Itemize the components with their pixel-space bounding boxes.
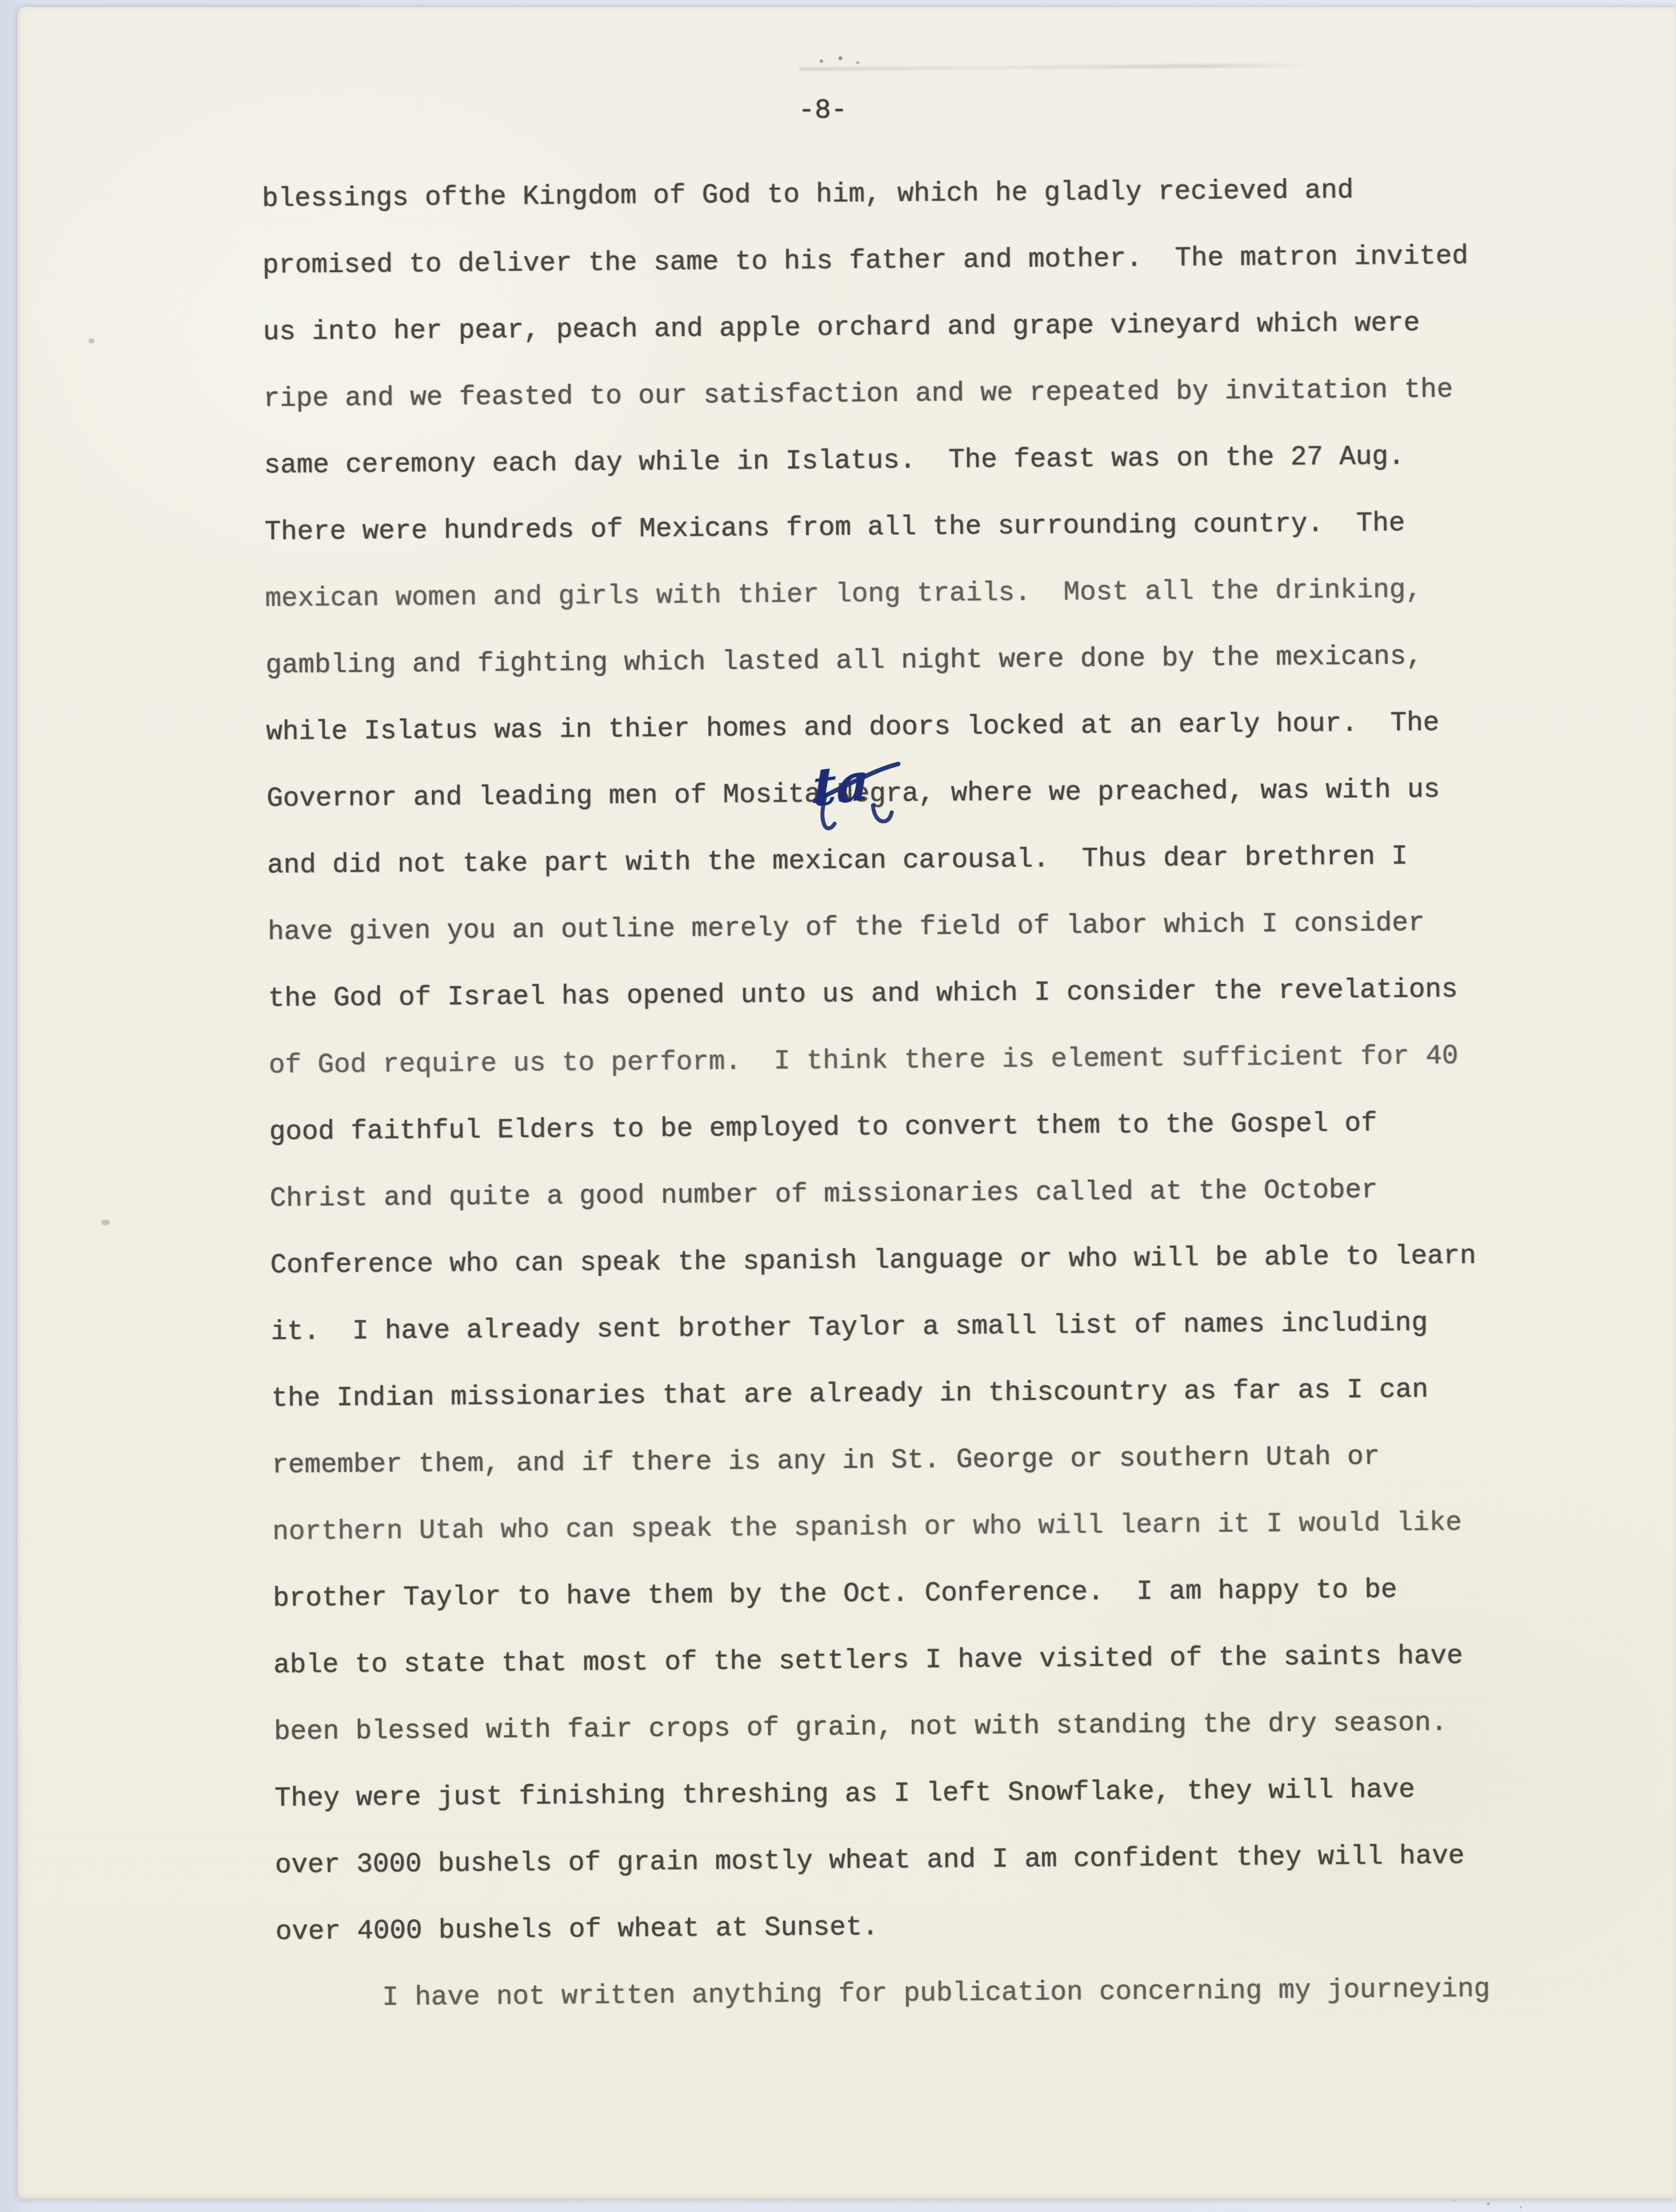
scanner-debris-speck <box>1453 2200 1455 2202</box>
document-page: -8- blessings ofthe Kingdom of God to hi… <box>17 7 1676 2199</box>
page-number: -8- <box>798 95 848 126</box>
typed-line: same ceremony each day while in Islatus.… <box>264 422 1548 499</box>
typed-line: Conference who can speak the spanish lan… <box>270 1222 1554 1299</box>
typed-line: over 3000 bushels of grain mostly wheat … <box>275 1822 1559 1898</box>
scanner-background: { "document": { "page_number": "-8-", "l… <box>0 0 1676 2212</box>
typed-line: blessings ofthe Kingdom of God to him, w… <box>262 156 1546 232</box>
typed-line: us into her pear, peach and apple orchar… <box>263 289 1547 365</box>
ink-dot <box>856 61 859 64</box>
typed-line: have given you an outline merely of the … <box>268 889 1552 965</box>
typed-line: They were just finishing threshing as I … <box>274 1755 1558 1832</box>
typed-line: over 4000 bushels of wheat at Sunset. <box>275 1889 1559 1965</box>
paper-smudge <box>101 1220 110 1225</box>
typed-line: Christ and quite a good number of missio… <box>270 1155 1554 1232</box>
typed-line: northern Utah who can speak the spanish … <box>272 1489 1556 1565</box>
typed-line: good faithful Elders to be employed to c… <box>269 1089 1553 1165</box>
typed-line: remember them, and if there is any in St… <box>272 1422 1556 1499</box>
typed-line: I have not written anything for publicat… <box>276 1955 1560 2032</box>
typed-line: been blessed with fair crops of grain, n… <box>273 1689 1558 1765</box>
typed-line: able to state that most of the settlers … <box>273 1622 1557 1698</box>
typed-line: promised to deliver the same to his fath… <box>262 222 1546 299</box>
typed-line: of God require us to perform. I think th… <box>269 1022 1553 1099</box>
page-content: -8- blessings ofthe Kingdom of God to hi… <box>9 0 1676 2206</box>
typed-line: gambling and fighting which lasted all n… <box>265 622 1549 699</box>
ink-dot <box>819 59 823 63</box>
typed-line: mexican women and girls with thier long … <box>265 555 1549 632</box>
typed-text-block: blessings ofthe Kingdom of God to him, w… <box>262 156 1560 2032</box>
typed-line: brother Taylor to have them by the Oct. … <box>273 1555 1557 1632</box>
typed-line: There were hundreds of Mexicans from all… <box>264 489 1548 565</box>
typed-line: the God of Israel has opened unto us and… <box>268 955 1552 1032</box>
ink-dot <box>838 56 842 60</box>
typed-line: the Indian missionaries that are already… <box>271 1355 1555 1432</box>
typed-line: ripe and we feasted to our satisfaction … <box>263 355 1547 432</box>
scanner-debris-speck <box>1487 2202 1490 2205</box>
faint-smudge-streak <box>799 63 1318 71</box>
paper-flaw-speck <box>88 338 95 344</box>
scanner-debris-speck <box>1520 2206 1522 2209</box>
handwriting-flourish-stroke <box>799 747 929 847</box>
typed-line: it. I have already sent brother Taylor a… <box>271 1289 1555 1365</box>
